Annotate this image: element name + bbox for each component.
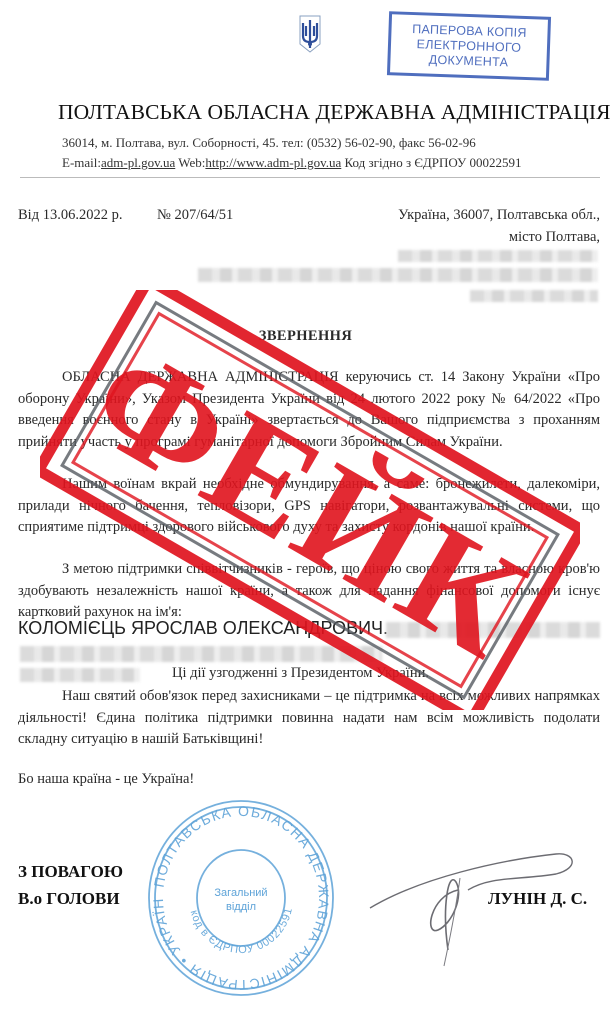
- redacted-addressee: [198, 268, 598, 282]
- closing-line: Бо наша країна - це Україна!: [18, 769, 600, 791]
- signer-name: ЛУНІН Д. С.: [488, 889, 587, 909]
- organization-address: 36014, м. Полтава, вул. Соборності, 45. …: [62, 135, 476, 151]
- document-number: № 207/64/51: [157, 207, 233, 224]
- svg-text:код в ЄДРПОУ 00022591: код в ЄДРПОУ 00022591: [188, 906, 296, 956]
- svg-text:відділ: відділ: [226, 901, 256, 913]
- trident-coat-of-arms-icon: [298, 14, 322, 54]
- addressee-line: Україна, 36007, Полтавська обл.,: [398, 207, 600, 224]
- web-link[interactable]: http://www.adm-pl.gov.ua: [205, 155, 341, 170]
- official-round-seal: ПОЛТАВСЬКА ОБЛАСНА ДЕРЖАВНА АДМІНІСТРАЦІ…: [146, 798, 336, 998]
- addressee-line: місто Полтава,: [509, 229, 600, 246]
- header-divider: [20, 177, 600, 178]
- redacted-account: [386, 622, 600, 638]
- regards-label: З ПОВАГОЮ: [18, 862, 123, 882]
- agreed-statement: Ці дії узгодженні з Президентом України.: [172, 663, 592, 685]
- organization-title: ПОЛТАВСЬКА ОБЛАСНА ДЕРЖАВНА АДМІНІСТРАЦІ…: [58, 100, 611, 125]
- paragraph-3: З метою підтримки співвітчизників - геро…: [18, 559, 600, 624]
- position-label: В.о ГОЛОВИ: [18, 889, 120, 909]
- email-link[interactable]: adm-pl.gov.ua: [101, 155, 175, 170]
- redacted-addressee: [470, 290, 598, 302]
- svg-text:Загальний: Загальний: [214, 887, 267, 899]
- organization-contacts: E-mail:adm-pl.gov.ua Web:http://www.adm-…: [62, 155, 522, 171]
- paragraph-2: Нашим воїнам вкрай необхідне обмундирува…: [18, 474, 600, 539]
- account-holder-name: КОЛОМІЄЦЬ ЯРОСЛАВ ОЛЕКСАНДРОВИЧ.: [18, 618, 388, 639]
- paragraph-1: ОБЛАСНА ДЕРЖАВНА АДМІНІСТРАЦІЯ керуючись…: [18, 367, 600, 453]
- document-title: ЗВЕРНЕННЯ: [0, 328, 611, 345]
- email-label: E-mail:: [62, 155, 101, 170]
- redacted-account: [20, 668, 140, 682]
- document-date: Від 13.06.2022 р.: [18, 207, 122, 224]
- redacted-account: [20, 646, 382, 662]
- edrpou-code: Код згідно з ЄДРПОУ 00022591: [345, 155, 522, 170]
- paragraph-4: Наш святий обов'язок перед захисниками –…: [18, 686, 600, 751]
- redacted-addressee: [398, 250, 598, 262]
- paper-copy-stamp: ПАПЕРОВА КОПІЯ ЕЛЕКТРОННОГО ДОКУМЕНТА: [387, 11, 551, 81]
- web-label: Web:: [178, 155, 205, 170]
